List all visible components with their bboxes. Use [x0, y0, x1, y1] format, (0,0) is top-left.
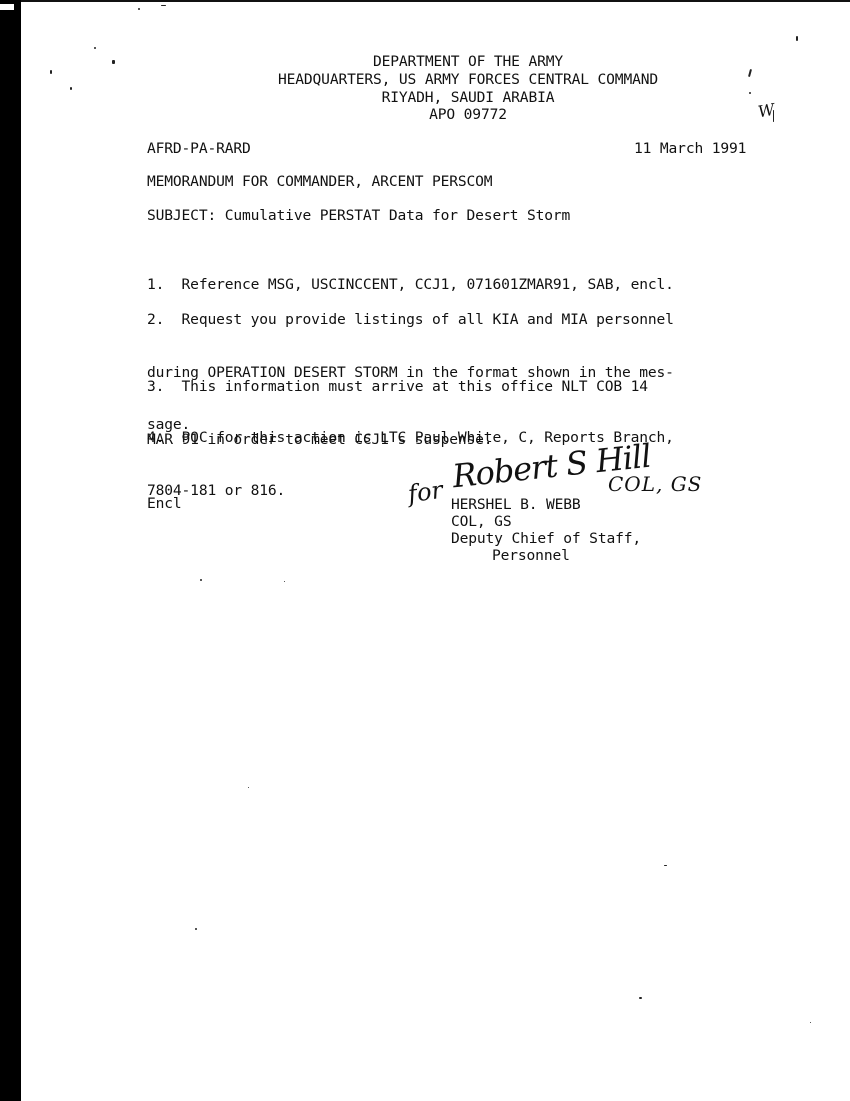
margin-mark [749, 92, 751, 94]
handwritten-for: for [406, 476, 444, 509]
signer-title: Deputy Chief of Staff, [451, 530, 641, 547]
margin-mark [796, 36, 798, 41]
scan-artifact [0, 4, 14, 10]
signer-name: HERSHEL B. WEBB [451, 496, 581, 513]
memorandum-for: MEMORANDUM FOR COMMANDER, ARCENT PERSCOM [147, 173, 492, 190]
paragraph-line: 2. Request you provide listings of all K… [147, 311, 674, 329]
memo-subject: SUBJECT: Cumulative PERSTAT Data for Des… [147, 207, 570, 224]
scan-speck [200, 579, 202, 581]
scan-speck [284, 581, 285, 582]
scan-speck [639, 997, 642, 999]
signer-title-continued: Personnel [492, 547, 570, 564]
scan-speck [810, 1022, 811, 1023]
paragraph-line: 3. This information must arrive at this … [147, 378, 648, 396]
letterhead-headquarters: HEADQUARTERS, US ARMY FORCES CENTRAL COM… [0, 71, 850, 89]
memo-date: 11 March 1991 [634, 140, 746, 157]
scan-speck [195, 928, 197, 930]
scan-speck [50, 70, 52, 74]
scan-speck [94, 47, 96, 49]
handwritten-title: COL, GS [608, 472, 702, 496]
scan-speck [248, 787, 249, 788]
scan-speck [138, 8, 140, 10]
letterhead-department: DEPARTMENT OF THE ARMY [0, 53, 850, 71]
letterhead-location: RIYADH, SAUDI ARABIA [0, 89, 850, 107]
scan-speck [664, 865, 667, 866]
scan-speck [161, 5, 166, 6]
scan-border-left [0, 0, 21, 1101]
scan-speck [70, 87, 72, 90]
office-symbol: AFRD-PA-RARD [147, 140, 251, 157]
scan-speck [112, 60, 115, 64]
letterhead-apo: APO 09772 [0, 106, 850, 124]
margin-mark [773, 110, 774, 122]
signer-rank: COL, GS [451, 513, 511, 530]
enclosure-label: Encl [147, 495, 182, 512]
scan-border-top [21, 0, 850, 2]
